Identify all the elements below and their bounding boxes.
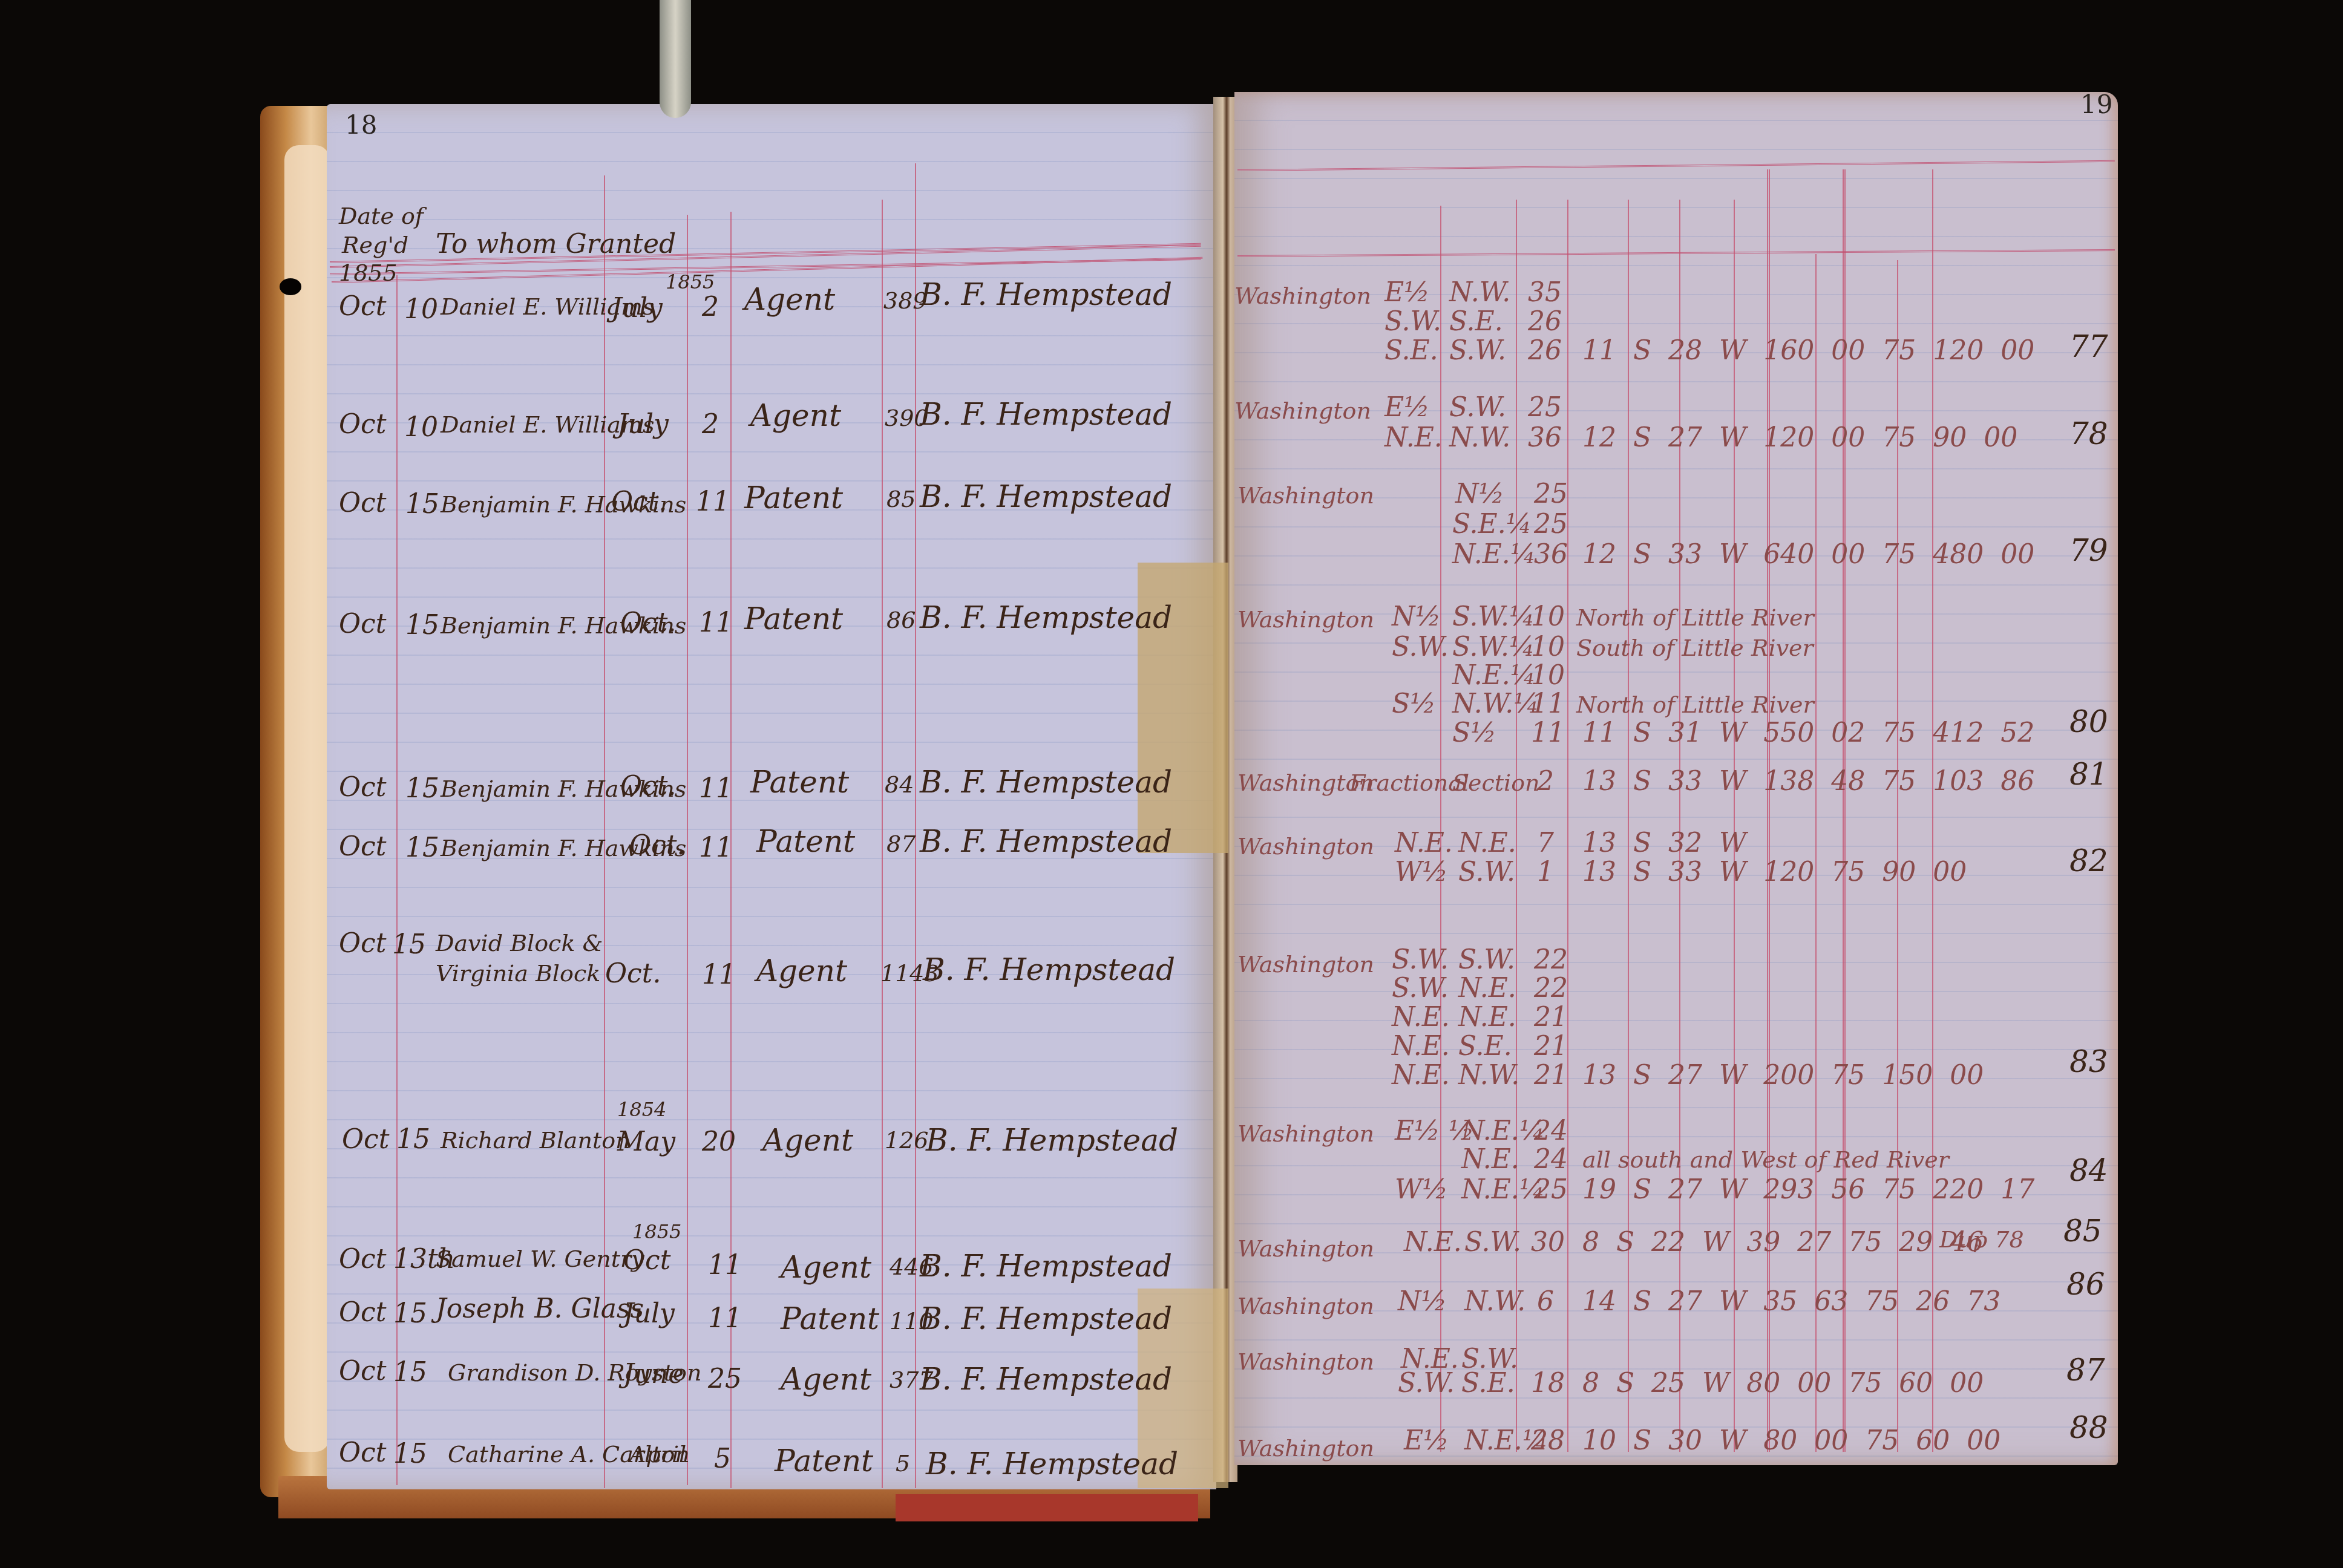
entry-number: 86 xyxy=(886,609,916,632)
entry-section: 6 xyxy=(1537,1289,1554,1315)
entry-quarter: N.E.¼ xyxy=(1452,541,1536,568)
entry-type: Patent xyxy=(775,1446,873,1476)
entry-month: Oct xyxy=(339,1440,386,1466)
entry-cert-day: 20 xyxy=(702,1129,736,1155)
entry-quarter: S.E.¼ xyxy=(1452,511,1532,538)
entry-agent: B. F. Hempstead xyxy=(920,603,1172,633)
entry-agent: B. F. Hempstead xyxy=(920,1304,1172,1334)
entry-agent: B. F. Hempstead xyxy=(920,1251,1172,1281)
entry-ref-number: 84 xyxy=(2069,1155,2108,1186)
entry-day: 15 xyxy=(392,932,426,958)
entry-part: W½ xyxy=(1395,859,1448,886)
header-regd-label: Reg'd xyxy=(342,234,408,256)
entry-cert-month: Oct. xyxy=(605,961,661,987)
entry-section: 21 xyxy=(1534,1033,1568,1060)
entry-county: Washington xyxy=(1234,284,1371,307)
entry-cert-day: 11 xyxy=(702,962,736,988)
entry-cert-month: Oct. xyxy=(611,489,667,515)
entry-totals: 13 S 33 W 138 48 75 103 86 xyxy=(1582,768,2034,795)
entry-location-note: North of Little River xyxy=(1576,606,1814,629)
entry-part: S.W. xyxy=(1392,634,1449,661)
page-number-right: 19 xyxy=(2080,90,2112,119)
entry-section: 10 xyxy=(1531,634,1565,661)
entry-county: Washington xyxy=(1237,835,1374,858)
entry-cert-day: 11 xyxy=(708,1305,742,1332)
header-date-label: Date of xyxy=(339,204,424,227)
entry-part: N½ xyxy=(1398,1289,1447,1315)
entry-day: 10 xyxy=(404,414,438,441)
entry-cert-month: July xyxy=(611,295,663,322)
entry-type: Agent xyxy=(744,284,835,315)
entry-part: N.E. xyxy=(1395,830,1453,857)
entry-quarter: S.W. xyxy=(1449,338,1506,364)
col-rule-r4 xyxy=(1628,200,1629,1452)
entry-type: Agent xyxy=(762,1125,853,1155)
entry-agent: B. F. Hempstead xyxy=(926,1449,1178,1479)
entry-cert-month: Oct. xyxy=(620,610,676,636)
entry-quarter: N.E. xyxy=(1461,1146,1519,1173)
entry-ref-number: 78 xyxy=(2069,419,2108,449)
entry-agent: B. F. Hempstead xyxy=(920,482,1172,512)
entry-month: Oct xyxy=(339,834,386,860)
entry-cert-month: July xyxy=(623,1301,675,1327)
endpaper xyxy=(284,145,330,1452)
entry-part: S.W. xyxy=(1384,309,1441,335)
entry-location-note: all south and West of Red River xyxy=(1582,1148,1949,1171)
col-rule-name xyxy=(604,175,605,1488)
entry-cert-day: 2 xyxy=(702,294,719,321)
col-rule-r6 xyxy=(1734,200,1735,1452)
entry-totals: 13 S 33 W 120 75 90 00 xyxy=(1582,859,1967,886)
entry-totals: 12 S 33 W 640 00 75 480 00 xyxy=(1582,541,2034,568)
entry-cert-day: 11 xyxy=(699,835,733,861)
entry-type: Agent xyxy=(781,1364,871,1394)
entry-type: Agent xyxy=(756,956,847,986)
entry-quarter: N.W.¼ xyxy=(1452,691,1539,717)
entry-number: 84 xyxy=(885,773,914,796)
entry-name: Samuel W. Gentry xyxy=(436,1247,644,1270)
entry-type: Agent xyxy=(750,400,841,431)
entry-section: 7 xyxy=(1537,830,1554,857)
entry-totals: 8 S 22 W 39 27 75 29 46 xyxy=(1582,1229,1984,1256)
entry-section: 25 xyxy=(1528,394,1562,421)
header-year: 1855 xyxy=(339,261,398,284)
entry-quarter: N.W. xyxy=(1449,279,1510,306)
entry-cert-month: June xyxy=(623,1361,684,1388)
entry-part: E½ xyxy=(1384,394,1430,421)
entry-totals: 10 S 30 W 80 00 75 60 00 xyxy=(1582,1428,2001,1454)
entry-cert-day: 5 xyxy=(714,1446,731,1472)
entry-agent: B. F. Hempstead xyxy=(920,399,1172,430)
entry-part: W½ xyxy=(1395,1177,1448,1203)
entry-cert-day: 11 xyxy=(699,610,733,636)
entry-section: 21 xyxy=(1534,1004,1568,1031)
entry-totals: 8 S 25 W 80 00 75 60 00 xyxy=(1582,1370,1984,1397)
entry-cert-day: 25 xyxy=(708,1366,742,1393)
entry-number: 87 xyxy=(886,832,916,855)
entry-name: Joseph B. Glass xyxy=(436,1296,644,1322)
entry-quarter: S.W. xyxy=(1464,1229,1521,1256)
entry-day: 15 xyxy=(393,1359,427,1386)
entry-section: 35 xyxy=(1528,279,1562,306)
entry-day: 15 xyxy=(405,776,439,802)
entry-type: Patent xyxy=(750,767,849,797)
entry-totals: 19 S 27 W 293 56 75 220 17 xyxy=(1582,1177,2034,1203)
entry-ref-number: 80 xyxy=(2069,707,2108,737)
entry-quarter: N.W. xyxy=(1464,1289,1525,1315)
entry-section: 36 xyxy=(1528,425,1562,451)
entry-ref-number: 77 xyxy=(2069,332,2108,362)
entry-section: 36 xyxy=(1534,541,1568,568)
entry-part: N.E. xyxy=(1384,425,1443,451)
entry-day: 15 xyxy=(405,612,439,639)
entry-county: Washington xyxy=(1237,484,1374,507)
entry-section: 24 xyxy=(1534,1146,1568,1173)
entry-day: 10 xyxy=(404,296,438,323)
entry-totals: 13 S 27 W 200 75 150 00 xyxy=(1582,1062,1984,1089)
entry-section: 25 xyxy=(1534,1177,1568,1203)
entry-month: Oct xyxy=(339,774,386,801)
entry-section: 11 xyxy=(1531,691,1565,717)
entry-name: David Block & xyxy=(436,932,603,955)
entry-quarter: S.W. xyxy=(1458,859,1515,886)
entry-name-2: Virginia Block xyxy=(436,962,600,985)
entry-cert-day: 2 xyxy=(702,411,719,438)
col-rule-r2 xyxy=(1516,200,1517,1452)
entry-cert-day: 11 xyxy=(696,489,730,515)
entry-section: 2 xyxy=(1537,768,1554,795)
entry-cert-month: Oct. xyxy=(620,773,676,800)
entry-section: 10 xyxy=(1531,604,1565,630)
entry-section: 25 xyxy=(1534,481,1568,508)
entry-name: Richard Blanton xyxy=(441,1129,631,1152)
entry-totals: 11 S 31 W 550 02 75 412 52 xyxy=(1582,720,2034,746)
entry-agent: B. F. Hempstead xyxy=(923,955,1175,985)
entry-duplicate-note: Dup 78 xyxy=(1939,1228,2024,1251)
entry-quarter: S.W.¼ xyxy=(1452,604,1535,630)
entry-month: Oct xyxy=(339,1299,386,1326)
entry-quarter: N.E. xyxy=(1458,830,1516,857)
entry-month: Oct xyxy=(339,293,386,320)
entry-month: Oct xyxy=(339,1358,386,1385)
entry-part: N.E. xyxy=(1392,1062,1450,1089)
entry-number: 126 xyxy=(885,1129,929,1152)
entry-county: Washington xyxy=(1237,608,1374,631)
entry-section: 28 xyxy=(1531,1428,1565,1454)
entry-part: S.W. xyxy=(1392,975,1449,1002)
entry-part: N.E. xyxy=(1392,1033,1450,1060)
entry-cert-year: 1855 xyxy=(632,1222,681,1241)
entry-ref-number: 85 xyxy=(2063,1216,2102,1246)
entry-county: Washington xyxy=(1237,1437,1374,1460)
entry-part: S½ xyxy=(1392,691,1436,717)
col-rule-type xyxy=(882,200,883,1488)
entry-month: Oct xyxy=(342,1126,389,1153)
entry-county: Washington xyxy=(1237,953,1374,976)
entry-month: Oct xyxy=(339,411,386,438)
entry-part: Fractional xyxy=(1349,771,1469,794)
entry-section: 1 xyxy=(1537,859,1554,886)
entry-number: 85 xyxy=(886,488,916,511)
entry-section: 24 xyxy=(1534,1118,1568,1145)
entry-type: Agent xyxy=(781,1252,871,1282)
entry-agent: B. F. Hempstead xyxy=(920,279,1172,310)
entry-section: 10 xyxy=(1531,662,1565,689)
entry-day: 15 xyxy=(393,1441,427,1468)
entry-section: 22 xyxy=(1534,947,1568,973)
col-rule-r3 xyxy=(1567,200,1568,1452)
entry-cert-day: 11 xyxy=(708,1252,742,1279)
red-cover-strip xyxy=(896,1494,1198,1521)
col-rule-r5 xyxy=(1679,200,1680,1452)
entry-type: Patent xyxy=(781,1304,879,1334)
entry-quarter: Section xyxy=(1452,771,1540,794)
entry-quarter: N.W. xyxy=(1449,425,1510,451)
entry-county: Washington xyxy=(1237,1237,1374,1260)
entry-cert-month: April xyxy=(629,1443,686,1466)
entry-cert-year: 1855 xyxy=(666,272,715,292)
entry-section: 26 xyxy=(1528,338,1562,364)
entry-part: E½ xyxy=(1384,279,1430,306)
entry-quarter: N½ xyxy=(1455,481,1504,508)
entry-quarter: N.W. xyxy=(1458,1062,1519,1089)
entry-agent: B. F. Hempstead xyxy=(920,1364,1172,1394)
entry-county: Washington xyxy=(1234,399,1371,422)
entry-ref-number: 82 xyxy=(2069,846,2108,876)
entry-day: 15 xyxy=(405,491,439,518)
entry-month: Oct xyxy=(339,611,386,638)
entry-ref-number: 81 xyxy=(2069,759,2108,789)
entry-part: N.E. xyxy=(1404,1229,1462,1256)
entry-quarter: S.E. xyxy=(1458,1033,1512,1060)
entry-quarter: S½ xyxy=(1452,720,1496,746)
entry-ref-number: 88 xyxy=(2069,1413,2108,1443)
entry-totals: 13 S 32 W xyxy=(1582,830,1746,857)
entry-agent: B. F. Hempstead xyxy=(920,767,1172,797)
entry-ref-number: 79 xyxy=(2069,535,2108,566)
entry-quarter: N.E. xyxy=(1458,975,1516,1002)
entry-cert-month: July xyxy=(617,411,669,438)
entry-day: 15 xyxy=(396,1126,430,1153)
entry-cert-year: 1854 xyxy=(617,1100,666,1119)
col-rule-number xyxy=(915,163,916,1488)
entry-quarter: S.E. xyxy=(1461,1370,1515,1397)
entry-section: 21 xyxy=(1534,1062,1568,1089)
entry-part: S.W. xyxy=(1392,947,1449,973)
entry-month: Oct xyxy=(339,1246,386,1273)
entry-ref-number: 83 xyxy=(2069,1047,2108,1077)
entry-cert-month: May xyxy=(617,1129,675,1155)
entry-day: 15 xyxy=(405,835,439,861)
entry-cert-month: Oct. xyxy=(629,832,685,859)
entry-month: Oct xyxy=(339,490,386,517)
entry-part: N½ xyxy=(1392,604,1441,630)
metal-bookmark-clip xyxy=(660,0,691,118)
entry-part: E½ xyxy=(1404,1428,1449,1454)
entry-ref-number: 86 xyxy=(2066,1269,2105,1299)
entry-totals: 14 S 27 W 35 63 75 26 73 xyxy=(1582,1289,2001,1315)
entry-part: N.E. xyxy=(1392,1004,1450,1031)
entry-quarter: S.E. xyxy=(1449,309,1503,335)
entry-part: S.E. xyxy=(1384,338,1438,364)
entry-location-note: North of Little River xyxy=(1576,693,1814,716)
ink-blot xyxy=(280,278,301,295)
entry-cert-day: 11 xyxy=(699,776,733,802)
entry-section: 30 xyxy=(1531,1229,1565,1256)
entry-day: 15 xyxy=(393,1301,427,1327)
entry-county: Washington xyxy=(1237,1122,1374,1145)
entry-quarter: S.W. xyxy=(1449,394,1506,421)
page-number-left: 18 xyxy=(345,110,377,140)
entry-location-note: South of Little River xyxy=(1576,636,1814,659)
header-granted-label: To whom Granted xyxy=(436,231,676,258)
entry-number: 5 xyxy=(896,1452,910,1475)
entry-quarter: N.E.¼ xyxy=(1461,1177,1545,1203)
entry-ref-number: 87 xyxy=(2066,1355,2105,1385)
entry-quarter: N.E. xyxy=(1458,1004,1516,1031)
entry-section: 26 xyxy=(1528,309,1562,335)
entry-section: 11 xyxy=(1531,720,1565,746)
entry-agent: B. F. Hempstead xyxy=(920,826,1172,857)
entry-totals: 11 S 28 W 160 00 75 120 00 xyxy=(1582,338,2034,364)
entry-section: 18 xyxy=(1531,1370,1565,1397)
entry-type: Patent xyxy=(744,483,843,513)
entry-section: 22 xyxy=(1534,975,1568,1002)
entry-type: Patent xyxy=(756,826,855,857)
entry-quarter: N.E.¼ xyxy=(1452,662,1536,689)
entry-agent: B. F. Hempstead xyxy=(926,1125,1178,1155)
entry-cert-month: Oct xyxy=(623,1247,670,1274)
entry-quarter: N.E.¼ xyxy=(1461,1118,1545,1145)
entry-quarter: S.W. xyxy=(1458,947,1515,973)
entry-county: Washington xyxy=(1237,1295,1374,1318)
entry-part: S.W. xyxy=(1398,1370,1455,1397)
entry-county: Washington xyxy=(1237,1350,1374,1373)
entry-type: Patent xyxy=(744,604,843,634)
entry-section: 25 xyxy=(1534,511,1568,538)
entry-totals: 12 S 27 W 120 00 75 90 00 xyxy=(1582,425,2017,451)
col-rule-month xyxy=(687,215,688,1485)
entry-month: Oct xyxy=(339,930,386,957)
entry-quarter: S.W.¼ xyxy=(1452,634,1535,661)
